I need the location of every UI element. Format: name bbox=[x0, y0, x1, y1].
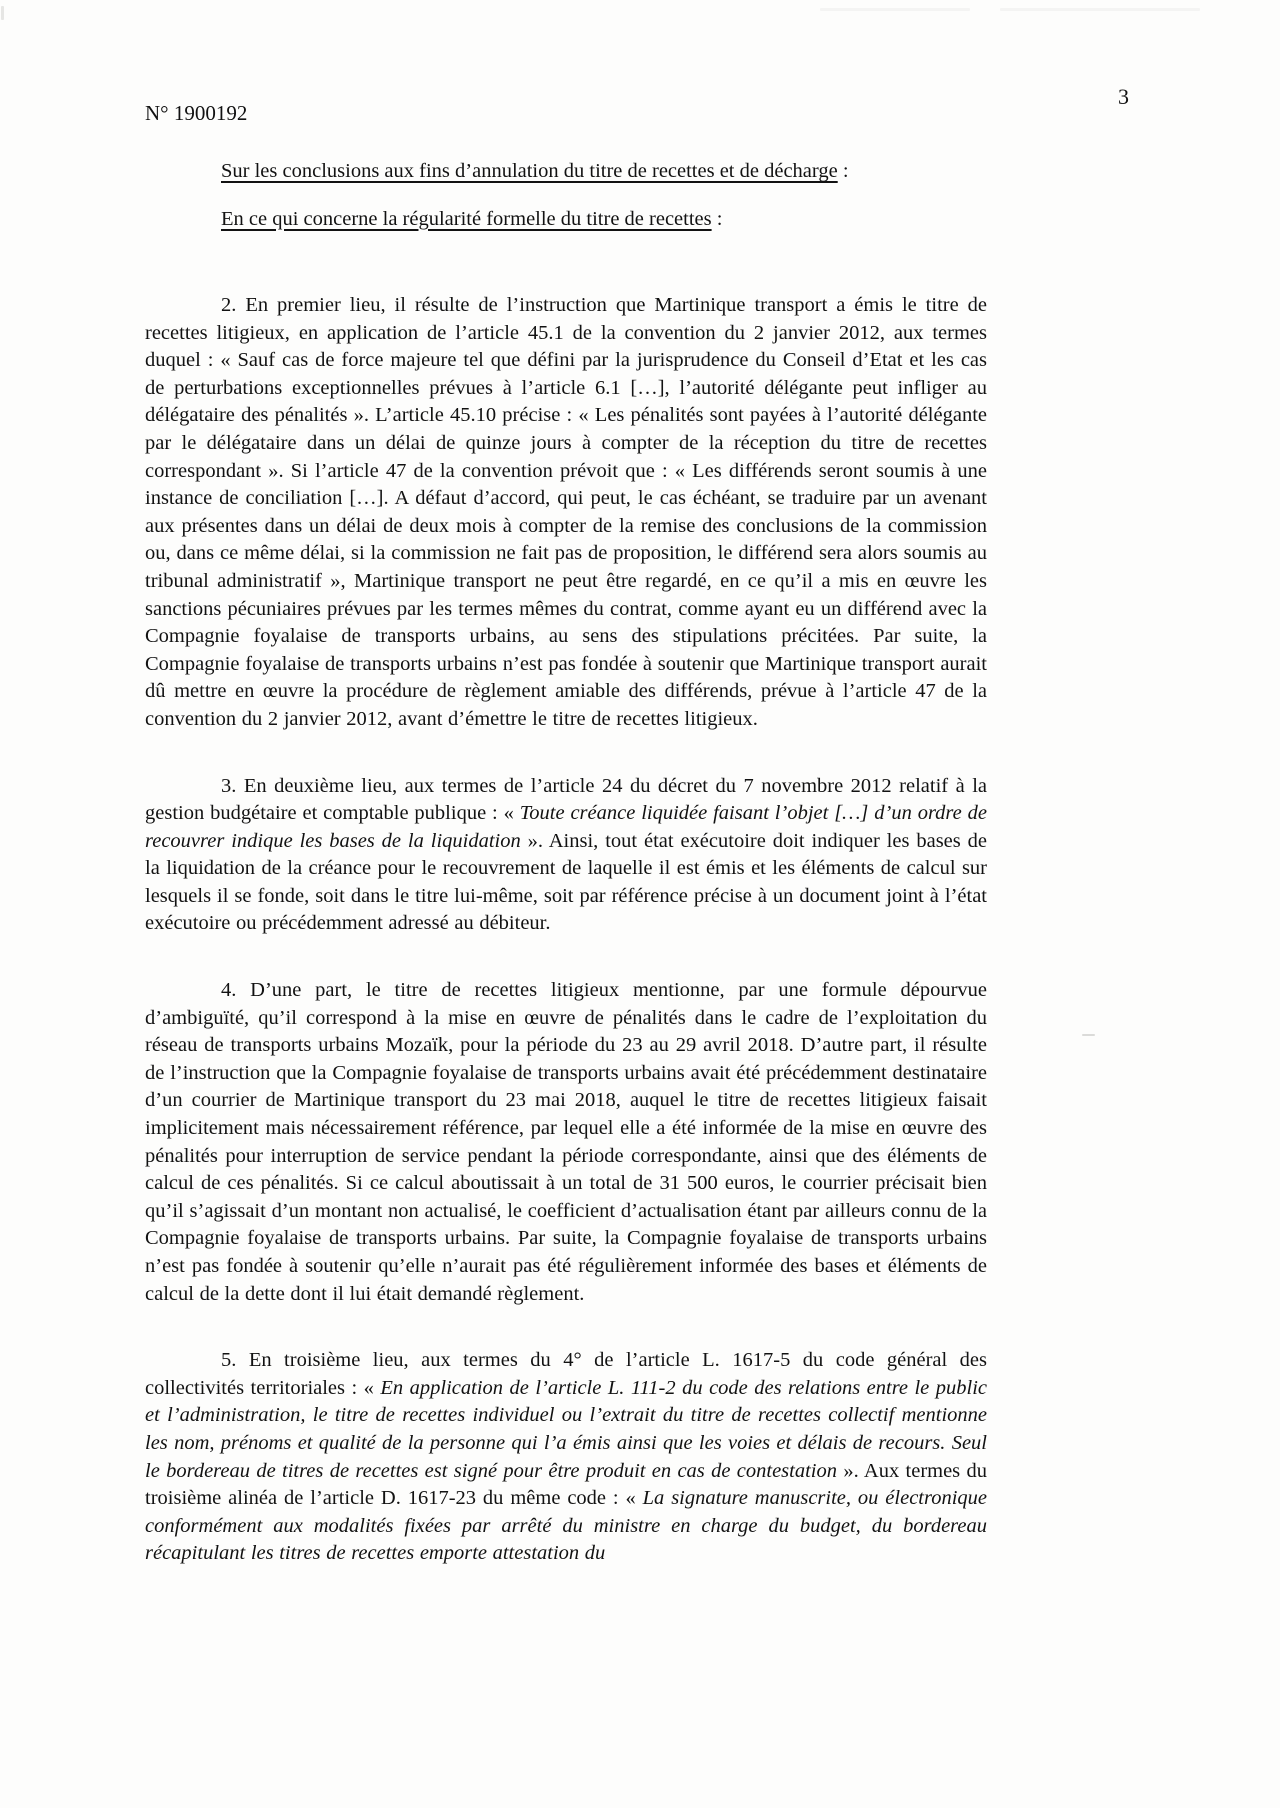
scanned-document-page: 3 N° 1900192 Sur les conclusions aux fin… bbox=[0, 0, 1280, 1808]
section-heading: Sur les conclusions aux fins d’annulatio… bbox=[145, 158, 987, 186]
page-number: 3 bbox=[1118, 84, 1129, 110]
paragraph: 5. En troisième lieu, aux termes du 4° d… bbox=[145, 1347, 987, 1568]
section-heading: En ce qui concerne la régularité formell… bbox=[145, 206, 987, 234]
heading-colon: : bbox=[838, 160, 849, 182]
paragraph: 2. En premier lieu, il résulte de l’inst… bbox=[145, 292, 987, 734]
body-text: 4. D’une part, le titre de recettes liti… bbox=[145, 979, 987, 1305]
body-text: 2. En premier lieu, il résulte de l’inst… bbox=[145, 294, 987, 730]
heading-underlined-text: En ce qui concerne la régularité formell… bbox=[221, 208, 712, 230]
heading-colon: : bbox=[712, 208, 723, 230]
paragraph: 4. D’une part, le titre de recettes liti… bbox=[145, 977, 987, 1308]
scan-artifact bbox=[820, 8, 970, 11]
heading-underlined-text: Sur les conclusions aux fins d’annulatio… bbox=[221, 160, 838, 182]
case-number: N° 1900192 bbox=[145, 100, 987, 127]
scan-artifact bbox=[1, 6, 4, 20]
paragraph: 3. En deuxième lieu, aux termes de l’art… bbox=[145, 773, 987, 939]
scan-artifact bbox=[1000, 8, 1200, 11]
document-body: N° 1900192 Sur les conclusions aux fins … bbox=[145, 100, 987, 1568]
scan-artifact bbox=[1082, 1034, 1095, 1036]
